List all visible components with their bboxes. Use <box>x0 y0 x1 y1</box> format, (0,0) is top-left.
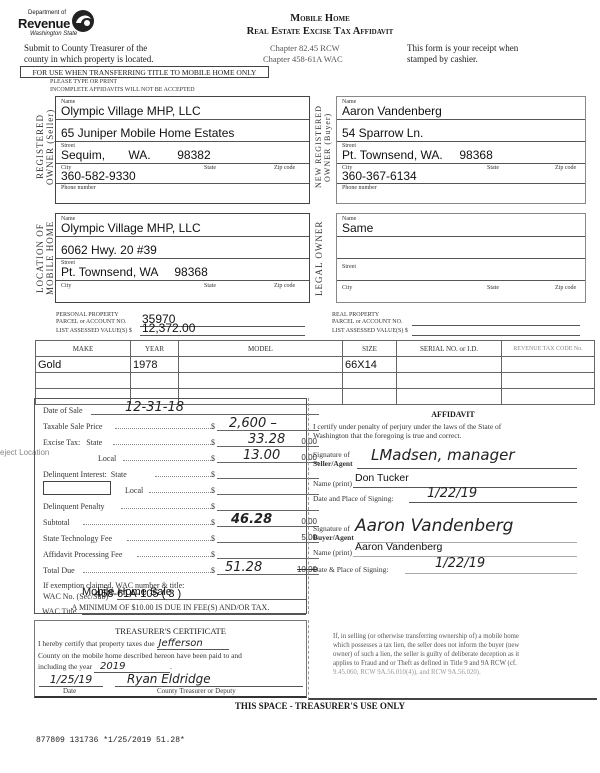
subtotal-handwritten[interactable]: 46.28 <box>231 512 272 527</box>
cell-model[interactable] <box>179 373 343 389</box>
seller-date-value: 1/22/19 <box>427 486 477 501</box>
subtotal-label: Subtotal <box>43 518 70 527</box>
cell-serial[interactable] <box>397 373 502 389</box>
total-due-handwritten[interactable]: 51.28 <box>225 560 262 575</box>
legal-street-label: Street <box>342 264 356 270</box>
buyer-section-label: NEW REGISTERED OWNER (Buyer) <box>314 97 336 197</box>
real-parcel-field[interactable] <box>412 316 580 326</box>
location-city-state-zip-value[interactable]: Pt. Townsend, WA 98368 <box>61 265 208 279</box>
type-notice: PLEASE TYPE OR PRINT <box>50 79 117 85</box>
lien-notice-line5: 9.45.060, RCW 9A.56.010(4)), and RCW 9A.… <box>333 669 481 676</box>
cell-make[interactable]: Gold <box>36 357 131 373</box>
col-serial: SERIAL NO. or I.D. <box>397 341 502 357</box>
personal-property-label: PERSONAL PROPERTY <box>56 312 119 318</box>
incomplete-notice: INCOMPLETE AFFIDAVITS WILL NOT BE ACCEPT… <box>50 87 195 93</box>
treasurer-county-value[interactable]: Jefferson <box>157 638 229 650</box>
location-street-value[interactable]: 6062 Hwy. 20 #39 <box>61 243 157 257</box>
excise-state-row: Excise Tax: State $ 33.28 0.00 <box>43 433 319 449</box>
delinquent-checkbox-field[interactable] <box>43 481 111 495</box>
excise-tax-label: Excise Tax: State <box>43 438 102 447</box>
affidavit-title: AFFIDAVIT <box>309 410 597 419</box>
submit-instructions-1: Submit to County Treasurer of the <box>24 43 147 53</box>
seller-name-print-label: Name (print) <box>313 479 352 488</box>
personal-assessed-field[interactable]: 12,372.00 <box>140 326 305 336</box>
location-city-label: City <box>61 283 71 289</box>
cell-size[interactable]: 66X14 <box>343 357 397 373</box>
treasurer-date-label: Date <box>63 687 76 695</box>
delinquent-interest-local-row: Local $ <box>43 481 319 497</box>
excise-local-handwritten[interactable]: 13.00 <box>243 448 280 463</box>
cell-serial[interactable] <box>397 357 502 373</box>
minimum-fee-notice: A MINIMUM OF $10.00 IS DUE IN FEE(S) AND… <box>34 603 307 612</box>
use-notice-banner: FOR USE WHEN TRANSFERRING TITLE TO MOBIL… <box>20 66 269 78</box>
seller-phone-label: Phone number <box>61 185 96 191</box>
buyer-zip-label: Zip code <box>555 165 576 171</box>
tech-fee-label: State Technology Fee <box>43 534 112 543</box>
treasurer-line1: I hereby certify that property taxes due… <box>38 638 306 650</box>
submit-instructions-2: county in which property is located. <box>24 54 153 64</box>
buyer-state-label: State <box>487 165 499 171</box>
excise-local-row: Local $ 13.00 0.00 <box>43 449 319 465</box>
treasurer-line2: County on the mobile home described here… <box>38 651 242 660</box>
taxable-price-row: Taxable Sale Price $ 2,600 – <box>43 417 319 433</box>
lien-notice-line3: owner) of such a lien, the seller is gui… <box>333 651 519 658</box>
buyer-phone-label: Phone number <box>342 185 377 191</box>
legal-city-label: City <box>342 285 352 291</box>
location-section-label: LOCATION OF MOBILE HOME <box>35 213 55 303</box>
cell-make[interactable] <box>36 373 131 389</box>
cell-year[interactable] <box>131 373 179 389</box>
lien-notice-line4: applies to Fraud and or Theft as defined… <box>333 660 517 667</box>
buyer-name-print-value: Aaron Vandenberg <box>355 541 442 553</box>
buyer-city-state-zip-value[interactable]: Pt. Townsend, WA. 98368 <box>342 148 493 162</box>
affidavit-text-1: I certify under penalty of perjury under… <box>313 422 501 431</box>
seller-name-print-value: Don Tucker <box>355 472 409 484</box>
location-box: Name Olympic Village MHP, LLC 6062 Hwy. … <box>55 213 310 303</box>
col-make: MAKE <box>36 341 131 357</box>
location-name-value[interactable]: Olympic Village MHP, LLC <box>61 221 201 235</box>
buyer-phone-value[interactable]: 360-367-6134 <box>342 169 417 183</box>
subtotal-row: Subtotal $ 46.28 0.00 <box>43 513 319 529</box>
excise-state-handwritten[interactable]: 33.28 <box>248 432 285 447</box>
chapter-wac: Chapter 458-61A WAC <box>263 54 343 64</box>
treasurer-date-value[interactable]: 1/25/19 <box>39 673 103 687</box>
real-assessed-label: LIST ASSESSED VALUE(S) $ <box>332 328 408 334</box>
affidavit-box: AFFIDAVIT I certify under penalty of per… <box>308 398 597 614</box>
delinquent-interest-state-row: Delinquent Interest: State $ <box>43 465 319 481</box>
real-assessed-field[interactable] <box>412 327 580 336</box>
location-zip-label: Zip code <box>274 283 295 289</box>
buyer-date-value: 1/22/19 <box>435 556 485 571</box>
delinquent-interest-label: Delinquent Interest: State <box>43 470 127 479</box>
affidavit-fee-label: Affidavit Processing Fee <box>43 550 122 559</box>
col-model: MODEL <box>179 341 343 357</box>
delinquent-local-label: Local <box>125 486 143 495</box>
seller-city-state-zip-value[interactable]: Sequim, WA. 98382 <box>61 148 211 162</box>
cell-size[interactable] <box>343 373 397 389</box>
cell-model[interactable] <box>179 357 343 373</box>
receipt-notice-2: stamped by cashier. <box>407 54 478 64</box>
seller-street-value[interactable]: 65 Juniper Mobile Home Estates <box>61 126 234 140</box>
col-revenue-code: REVENUE TAX CODE No. <box>502 341 595 357</box>
date-of-sale-label: Date of Sale <box>43 406 83 415</box>
seller-state-label: State <box>204 165 216 171</box>
seller-name-value[interactable]: Olympic Village MHP, LLC <box>61 104 201 118</box>
real-property-label: REAL PROPERTY <box>332 312 379 318</box>
personal-parcel-label: PARCEL or ACCOUNT NO. <box>56 319 126 325</box>
buyer-street-value[interactable]: 54 Sparrow Ln. <box>342 126 423 140</box>
total-due-label: Total Due <box>43 566 75 575</box>
lien-notice-line1: If, in selling (or otherwise transferrin… <box>333 633 519 640</box>
mobile-home-table: MAKE YEAR MODEL SIZE SERIAL NO. or I.D. … <box>35 340 595 405</box>
personal-assessed-value: 12,372.00 <box>142 321 195 335</box>
seller-box: Name Olympic Village MHP, LLC 65 Juniper… <box>55 96 310 204</box>
chapter-rcw: Chapter 82.45 RCW <box>270 43 340 53</box>
legal-name-value[interactable]: Same <box>342 221 373 235</box>
delinquent-penalty-label: Delinquent Penalty <box>43 502 105 511</box>
buyer-signature: Aaron Vandenberg <box>355 516 513 536</box>
receipt-stamp: 877809 131736 *1/25/2019 51.28* <box>36 736 185 745</box>
form-title-line1: Mobile Home <box>0 13 600 24</box>
lien-notice-box: If, in selling (or otherwise transferrin… <box>308 620 597 700</box>
buyer-date-field[interactable] <box>405 565 577 574</box>
buyer-box: Name Aaron Vandenberg 54 Sparrow Ln. Str… <box>336 96 586 204</box>
delinquent-penalty-row: Delinquent Penalty $ <box>43 497 319 513</box>
receipt-notice-1: This form is your receipt when <box>407 43 518 53</box>
seller-phone-value[interactable]: 360-582-9330 <box>61 169 136 183</box>
table-row <box>36 373 595 389</box>
seller-signature-label: Signature of Seller/Agent <box>313 450 353 468</box>
fee-calculation-box: Date of Sale 12-31-18 Taxable Sale Price… <box>34 398 307 614</box>
treasurer-use-only-label: THIS SPACE - TREASURER'S USE ONLY <box>0 701 600 711</box>
treasurer-title: TREASURER'S CERTIFICATE <box>35 626 306 636</box>
seller-zip-label: Zip code <box>274 165 295 171</box>
excise-local-label: Local <box>98 454 116 463</box>
buyer-name-print-label: Name (print) <box>313 548 352 557</box>
legal-owner-section-label: LEGAL OWNER <box>314 213 336 303</box>
treasurer-signature[interactable]: Ryan Eldridge <box>115 672 303 687</box>
buyer-name-value[interactable]: Aaron Vandenberg <box>342 104 442 118</box>
cell-year[interactable]: 1978 <box>131 357 179 373</box>
col-size: SIZE <box>343 341 397 357</box>
lien-notice-line2: which possesses a tax lien, the seller d… <box>333 642 519 649</box>
taxable-price-label: Taxable Sale Price <box>43 422 102 431</box>
treasurer-certificate-box: TREASURER'S CERTIFICATE I hereby certify… <box>34 620 307 698</box>
date-of-sale-row: Date of Sale 12-31-18 <box>43 401 319 417</box>
treasurer-signature-label: County Treasurer or Deputy <box>157 687 236 695</box>
total-due-row: Total Due $ 51.28 10.00 <box>43 561 319 577</box>
personal-assessed-label: LIST ASSESSED VALUE(S) $ <box>56 328 132 334</box>
col-year: YEAR <box>131 341 179 357</box>
affidavit-fee-row: Affidavit Processing Fee $ <box>43 545 319 561</box>
buyer-date-label: Date & Place of Signing: <box>313 565 388 574</box>
use-notice-text: FOR USE WHEN TRANSFERRING TITLE TO MOBIL… <box>33 68 257 77</box>
cell-revenue-code[interactable] <box>502 373 595 389</box>
location-state-label: State <box>204 283 216 289</box>
seller-signature: LMadsen, manager <box>371 446 515 464</box>
seller-section-label: REGISTERED OWNER (Seller) <box>35 97 55 197</box>
tech-fee-row: State Technology Fee $ 5.00 <box>43 529 319 545</box>
taxable-price-value[interactable]: 2,600 – <box>229 416 277 431</box>
affidavit-text-2: Washington that the foregoing is true an… <box>313 431 462 440</box>
real-parcel-label: PARCEL or ACCOUNT NO. <box>332 319 402 325</box>
cell-revenue-code[interactable] <box>502 357 595 373</box>
legal-state-label: State <box>487 285 499 291</box>
seller-date-label: Date and Place of Signing: <box>313 494 393 503</box>
table-header-row: MAKE YEAR MODEL SIZE SERIAL NO. or I.D. … <box>36 341 595 357</box>
wac-title-value[interactable]: Mobile Home Sale <box>82 586 172 598</box>
legal-owner-box: Name Same Street City State Zip code <box>336 213 586 303</box>
buyer-signature-label: Signature of Buyer/Agent <box>313 524 354 542</box>
date-of-sale-value[interactable]: 12-31-18 <box>125 400 184 415</box>
legal-zip-label: Zip code <box>555 285 576 291</box>
table-row: Gold 1978 66X14 <box>36 357 595 373</box>
form-title-line2: Real Estate Excise Tax Affidavit <box>0 26 600 37</box>
